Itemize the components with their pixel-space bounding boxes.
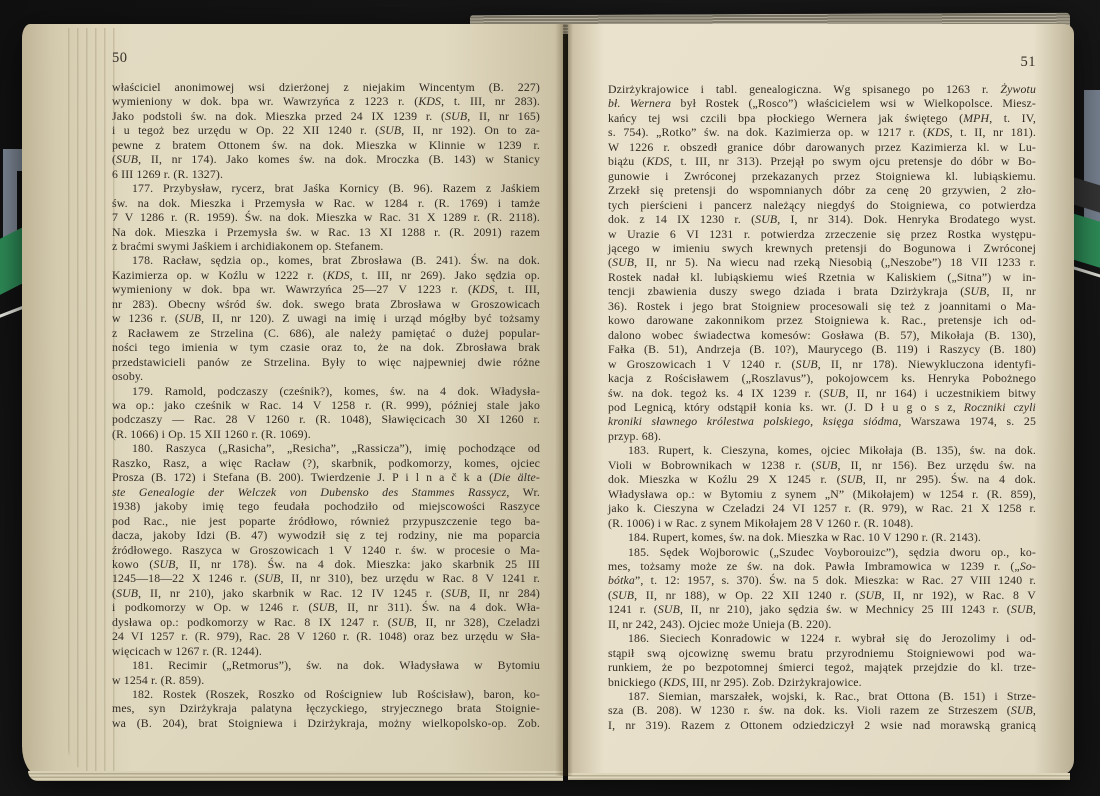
text-line: św. na dok. Mieszka i Przemysła w Rac. w…	[112, 196, 540, 210]
text-line: mes, tożsamy może ze św. na dok. Pawła I…	[608, 559, 1036, 573]
paragraph: 181. Recimir („Retmorus”), św. na dok. W…	[112, 658, 540, 687]
text-line: (R. 1066) i Op. 15 XII 1260 r. (R. 1069)…	[112, 427, 540, 441]
book-scan-photo: 50 51 właściciel anonimowej wsi dzierżon…	[0, 0, 1100, 796]
text-line: wymieniony w dok. bpa wr. Wawrzyńca 25—2…	[112, 282, 540, 296]
paragraph: 185. Sędek Wojborowic („Szudec Voyboroui…	[608, 545, 1036, 632]
paragraph: 180. Raszyca („Rasicha”, „Resicha”, „Ras…	[112, 441, 540, 658]
text-line: (SUB, II, nr 188), w Op. 22 XII 1240 r. …	[608, 588, 1036, 602]
text-line: Zrzekł się pretensji do wspomnianych dób…	[608, 183, 1036, 197]
text-line: (R. 1006) i w Rac. z synem Mikołajem 28 …	[608, 516, 1036, 530]
text-line: Władysława op.: w Bytomiu z synem „N” (M…	[608, 487, 1036, 501]
text-line: dok. Mieszka w Koźlu 29 X 1245 r. (SUB, …	[608, 472, 1036, 486]
text-line: sza (B. 208). W 1230 r. św. na dok. ks. …	[608, 703, 1036, 717]
text-line: pod Rac., nie jest poparte źródłowo, rów…	[112, 514, 540, 528]
text-line: pewne z bratem Ottonem św. na dok. Miesz…	[112, 138, 540, 152]
text-line: w 1236 r. (SUB, II, nr 120). Z uwagi na …	[112, 311, 540, 325]
text-line: nr 283). Obecny wśród św. dok. swego bra…	[112, 297, 540, 311]
text-line: mes, syn Dzirżykraja palatyna łęczyckieg…	[112, 701, 540, 715]
text-line: bnickiego (KDS, III, nr 295). Zob. Dzirż…	[608, 675, 1036, 689]
text-line: wa (B. 204), brat Stoigniewa i Dzirżykra…	[112, 716, 540, 730]
text-line: 24 VI 1257 r. (R. 979), Rac. 28 V 1260 r…	[112, 629, 540, 643]
text-line: dacza, jakoby Idzi (B. 47) wywodził się …	[112, 528, 540, 542]
text-line: 181. Recimir („Retmorus”), św. na dok. W…	[112, 658, 540, 672]
paragraph: 178. Racław, sędzia op., komes, brat Zbr…	[112, 253, 540, 383]
text-line: runkiem, że po bezpotomnej śmierci tegoż…	[608, 660, 1036, 674]
text-line: 1241 r. (SUB, II, nr 210), jako sędzia ś…	[608, 602, 1036, 616]
text-line: 182. Rostek (Roszek, Roszko od Roścignie…	[112, 687, 540, 701]
text-line: w Groszowicach 1 V 1240 r. (SUB, II, nr …	[608, 357, 1036, 371]
text-line: Prosza (B. 172) i Stefana (B. 200). Twie…	[112, 470, 540, 484]
text-line: biążu (KDS, t. III, nr 313). Przejął po …	[608, 154, 1036, 168]
paragraph: 177. Przybysław, rycerz, brat Jaśka Korn…	[112, 181, 540, 253]
text-column-left: właściciel anonimowej wsi dzierżonej z n…	[112, 80, 540, 730]
text-line: I, nr 319). Razem z Ottonem odziedziczył…	[608, 718, 1036, 732]
text-line: przedstawicieli panów ze Strzelina. Były…	[112, 355, 540, 369]
text-line: W 1226 r. obszedł granice dóbr darowanyc…	[608, 140, 1036, 154]
text-line: tencji zbawienia duszy swego dziada i br…	[608, 284, 1036, 298]
text-line: źródłowego. Raszyca w Groszowicach 1 V 1…	[112, 543, 540, 557]
text-line: (SUB, II, nr 5). Na wiecu nad rzeką Nies…	[608, 255, 1036, 269]
text-line: dalono wobec świadectwa komesów: Gosława…	[608, 328, 1036, 342]
text-line: pod Legnicą, który odstąpił konia ks. wr…	[608, 400, 1036, 414]
text-column-right: Dzirżykrajowice i tabl. genealogiczna. W…	[608, 82, 1036, 732]
text-line: (SUB, II, nr 210), jako skarbnik w Rac. …	[112, 586, 540, 600]
text-line: stąpił swą ojcowiznę swemu bratu przyrod…	[608, 646, 1036, 660]
text-line: 36). Rostek i jego brat Stoigniew proces…	[608, 299, 1036, 313]
text-line: kowo darowane zakonnikom przez Stoigniew…	[608, 313, 1036, 327]
text-line: jącego w imieniu swych krewnych pretensj…	[608, 241, 1036, 255]
page-number-right: 51	[608, 54, 1036, 71]
text-line: 187. Siemian, marszałek, wojski, k. Rac.…	[608, 689, 1036, 703]
text-line: II, nr 242, 243). Ojciec może Unieja (B.…	[608, 617, 1036, 631]
book-gutter	[555, 24, 573, 776]
paragraph: 179. Ramold, podczaszy (cześnik?), komes…	[112, 384, 540, 442]
text-line: 184. Rupert, komes, św. na dok. Mieszka …	[608, 530, 1036, 544]
text-line: kroniki sławnego królestwa polskiego, ks…	[608, 414, 1036, 428]
text-line: Violi w Bobrownikach w 1238 r. (SUB, II,…	[608, 458, 1036, 472]
text-line: właściciel anonimowej wsi dzierżonej z n…	[112, 80, 540, 94]
text-line: św. na dok. tegoż ks. 4 IX 1239 r. (SUB,…	[608, 386, 1036, 400]
text-line: 180. Raszyca („Rasicha”, „Resicha”, „Ras…	[112, 441, 540, 455]
text-line: 178. Racław, sędzia op., komes, brat Zbr…	[112, 253, 540, 267]
text-line: ności tego imienia w tym czasie oraz to,…	[112, 340, 540, 354]
paragraph: Dzirżykrajowice i tabl. genealogiczna. W…	[608, 82, 1036, 443]
text-line: więcicach w 1267 r. (R. 1244).	[112, 644, 540, 658]
text-line: 7 V 1286 r. (R. 1959). Św. na dok. Miesz…	[112, 210, 540, 224]
book-spread: 50 51 właściciel anonimowej wsi dzierżon…	[22, 14, 1074, 778]
text-line: Raszko, Rasz, a więc Racław (?), skarbni…	[112, 456, 540, 470]
text-line: dok. z 14 IX 1230 r. (SUB, I, nr 314). D…	[608, 212, 1036, 226]
text-line: s. 754). „Rotko” św. na dok. Kazimierza …	[608, 125, 1036, 139]
text-line: ste Genealogie der Welczek von Dubensko …	[112, 485, 540, 499]
text-line: 185. Sędek Wojborowic („Szudec Voyboroui…	[608, 545, 1036, 559]
text-line: Jako podstoli św. na dok. Mieszka przed …	[112, 109, 540, 123]
paragraph: 183. Rupert, k. Cieszyna, komes, ojciec …	[608, 443, 1036, 530]
text-line: w 1254 r. (R. 859).	[112, 673, 540, 687]
text-line: z Racławem ze Strzelina (C. 686), ale na…	[112, 326, 540, 340]
text-line: wa op.: jako cześnik w Rac. 14 V 1258 r.…	[112, 398, 540, 412]
paragraph: właściciel anonimowej wsi dzierżonej z n…	[112, 80, 540, 181]
text-line: Fałka (B. 51), Andrzeja (B. 10?), Mauryc…	[608, 342, 1036, 356]
text-line: jako k. Cieszyna w Czeladzi 24 VI 1257 r…	[608, 501, 1036, 515]
paragraph: 184. Rupert, komes, św. na dok. Mieszka …	[608, 530, 1036, 544]
text-line: bótka”, t. 12: 1957, s. 370). Św. na 5 d…	[608, 573, 1036, 587]
text-line: w Urazie 6 VI 1231 r. potwierdza zrzecze…	[608, 227, 1036, 241]
text-line: podczaszy — Rac. 28 V 1260 r. (R. 1048),…	[112, 412, 540, 426]
text-line: 186. Sieciech Konradowic w 1224 r. wybra…	[608, 631, 1036, 645]
text-line: i podkomorzy w Op. w 1246 r. (SUB, II, n…	[112, 600, 540, 614]
text-line: tych pierścieni i pancerz należący niegd…	[608, 198, 1036, 212]
text-line: Kazimierza op. w Koźlu w 1222 r. (KDS, t…	[112, 268, 540, 282]
text-line: osoby.	[112, 369, 540, 383]
text-line: kacja z Rościsławem („Roszlavus”), pokoj…	[608, 371, 1036, 385]
text-line: kowo (SUB, II, nr 178). Św. na 4 dok. Mi…	[112, 557, 540, 571]
text-line: 1245—18—22 X 1246 r. (SUB, II, nr 310), …	[112, 571, 540, 585]
text-line: Rostek nadał kl. lubiąskiemu wieś Rzetni…	[608, 270, 1036, 284]
text-line: gunowie i Zwróconej przekazanych przez S…	[608, 169, 1036, 183]
text-line: wymieniony w dok. bpa wr. Wawrzyńca z 12…	[112, 94, 540, 108]
text-line: Na dok. Mieszka i Przemysła św. w Rac. 1…	[112, 225, 540, 239]
paragraph: 186. Sieciech Konradowic w 1224 r. wybra…	[608, 631, 1036, 689]
text-line: 6 III 1269 r. (R. 1327).	[112, 167, 540, 181]
text-line: bł. Wernera był Rostek („Rosco”) właścic…	[608, 96, 1036, 110]
text-line: 1938) jakoby imię tego feudała pochodził…	[112, 499, 540, 513]
paragraph: 187. Siemian, marszałek, wojski, k. Rac.…	[608, 689, 1036, 732]
text-line: Dzirżykrajowice i tabl. genealogiczna. W…	[608, 82, 1036, 96]
paragraph: 182. Rostek (Roszek, Roszko od Roścignie…	[112, 687, 540, 730]
text-line: 183. Rupert, k. Cieszyna, komes, ojciec …	[608, 443, 1036, 457]
page-number-left: 50	[112, 50, 128, 67]
text-line: dysława op.: podkomorzy w Rac. 8 IX 1247…	[112, 615, 540, 629]
text-line: kańcy tej wsi czcili bpa płockiego Werne…	[608, 111, 1036, 125]
text-line: i u tegoż bez urzędu w Op. 22 XII 1240 r…	[112, 123, 540, 137]
text-line: 179. Ramold, podczaszy (cześnik?), komes…	[112, 384, 540, 398]
text-line: 177. Przybysław, rycerz, brat Jaśka Korn…	[112, 181, 540, 195]
text-line: z braćmi swymi Jaśkiem i archidiakonem o…	[112, 239, 540, 253]
text-line: przyp. 68).	[608, 429, 1036, 443]
text-line: (SUB, II, nr 174). Jako komes św. na dok…	[112, 152, 540, 166]
